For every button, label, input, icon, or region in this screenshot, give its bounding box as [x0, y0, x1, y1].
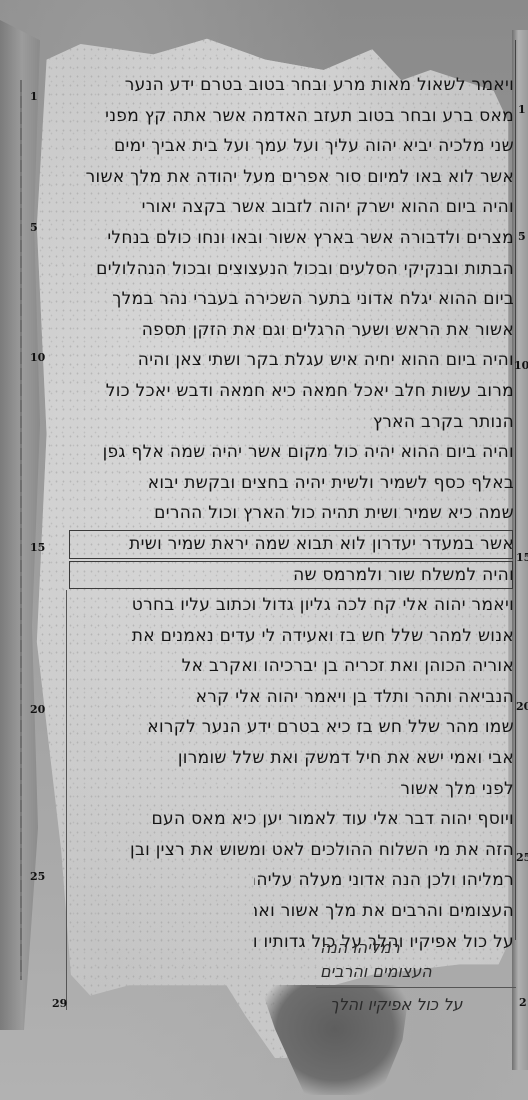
marginal-annotation-line: רמליהו הנה [320, 938, 400, 957]
scroll-line: העצומים והרבים את מלך אשור ואת כול כבודו… [254, 896, 514, 927]
scroll-line: אשור את הראש ושער הרגלים וגם את הזקן תספ… [68, 315, 514, 346]
scroll-line: ויאמר יהוה אלי קח לכה גליון גדול וכתוב ע… [68, 590, 514, 621]
scroll-line: ביום ההוא יגלח אדוני בתער השכירה בעברי נ… [68, 284, 514, 315]
line-number-left: 5 [30, 221, 38, 234]
line-number-right: 2 [519, 996, 527, 1009]
scroll-line: ויוסף יהוה דבר אלי עוד לאמור יען כיא מאס… [68, 804, 514, 835]
line-number-left: 20 [30, 703, 45, 716]
scroll-line: והיה ביום ההוא ישרק יהוה לזבוב אשר בקצה … [68, 192, 514, 223]
scroll-line: אוריה הכוהן ואת זכריה בן יברכיהו ואקרב א… [68, 651, 514, 682]
scroll-line-boxed: אשר במעדר יעדרון לוא תבוא שמה יראת שמיר … [68, 529, 514, 560]
line-number-left: 15 [30, 541, 45, 554]
scroll-line: הנותר בקרב הארץ [68, 407, 514, 438]
scroll-line: שני מלכיה יביא יהוה עליך ועל עמך ועל בית… [68, 131, 514, 162]
scroll-line: הנביאה ותהר ותלד בן ויאמר יהוה אלי קרא [68, 682, 514, 713]
line-number-left: 25 [30, 870, 45, 883]
text-column: ויאמר לשאול מאות מרע ובחר בטוב בטרם ידע … [68, 70, 514, 957]
stitching-seam [20, 80, 22, 980]
line-number-right: 1 [518, 103, 526, 116]
scroll-line: והיה ביום ההוא יהיה כול מקום אשר יהיה שמ… [68, 437, 514, 468]
scroll-line: והיה ביום ההוא יחיה איש עגלת בקר ושתי צא… [68, 345, 514, 376]
line-number-right: 20 [516, 700, 528, 713]
marginal-annotation-line: העצומים והרבים [320, 962, 432, 981]
line-number-right: 10 [514, 359, 528, 372]
scroll-line: הבתות ובנקיקי הסלעים ובכול הנעצוצים ובכו… [68, 254, 514, 285]
line-number-left: 10 [30, 351, 45, 364]
scroll-line: מרוב עשות חלב יאכל חמאה כיא חמאה ודבש יא… [68, 376, 514, 407]
line-number-left: 29 [52, 997, 67, 1010]
line-number-right: 25 [516, 851, 528, 864]
scroll-line: אנוש למהר שלל חש בז ואעידה לי עדים נאמני… [68, 621, 514, 652]
ruling-line-right [515, 40, 516, 940]
scroll-line: אבי ואמי ישא את חיל דמשק ואת שלל שומרון [68, 743, 514, 774]
scroll-line: שמה כיא שמיר ושית תהיה כול הארץ וכול ההר… [68, 498, 514, 529]
scroll-line: שמו מהר שלל חש בז כיא בטרם ידע הנער לקרו… [68, 712, 514, 743]
scroll-line: מצרים ולדבורה אשר בארץ אשור ובאו ונחו כו… [68, 223, 514, 254]
scroll-line: רמליהו ולכן הנה אדוני מעלה עליהם את מי ה… [254, 865, 514, 896]
scroll-line: אשר לוא באו למיום סור אפרים מעל יהודה את… [68, 162, 514, 193]
line-number-right: 5 [518, 230, 526, 243]
line-number-right: 15 [516, 551, 528, 564]
scroll-line: באלף כסף לשמיר ולשית יהיה בחצים ובקשת יב… [68, 468, 514, 499]
scroll-line: מאס ברע ובחר בטוב תעזב האדמה אשר אתה קץ … [68, 101, 514, 132]
scroll-line: הזה את מי השלוח ההולכים לאט ומשוש את רצי… [68, 835, 514, 866]
scroll-line-boxed: והיה למשלח שור ולמרמס שה [68, 560, 514, 591]
ruling-line-left [66, 590, 67, 1010]
line-number-left: 1 [30, 90, 38, 103]
scroll-line: לפני מלך אשור [68, 774, 514, 805]
marginal-annotation-line: על כול אפיקיו והלך [330, 995, 462, 1014]
scroll-line: ויאמר לשאול מאות מרע ובחר בטוב בטרם ידע … [68, 70, 514, 101]
